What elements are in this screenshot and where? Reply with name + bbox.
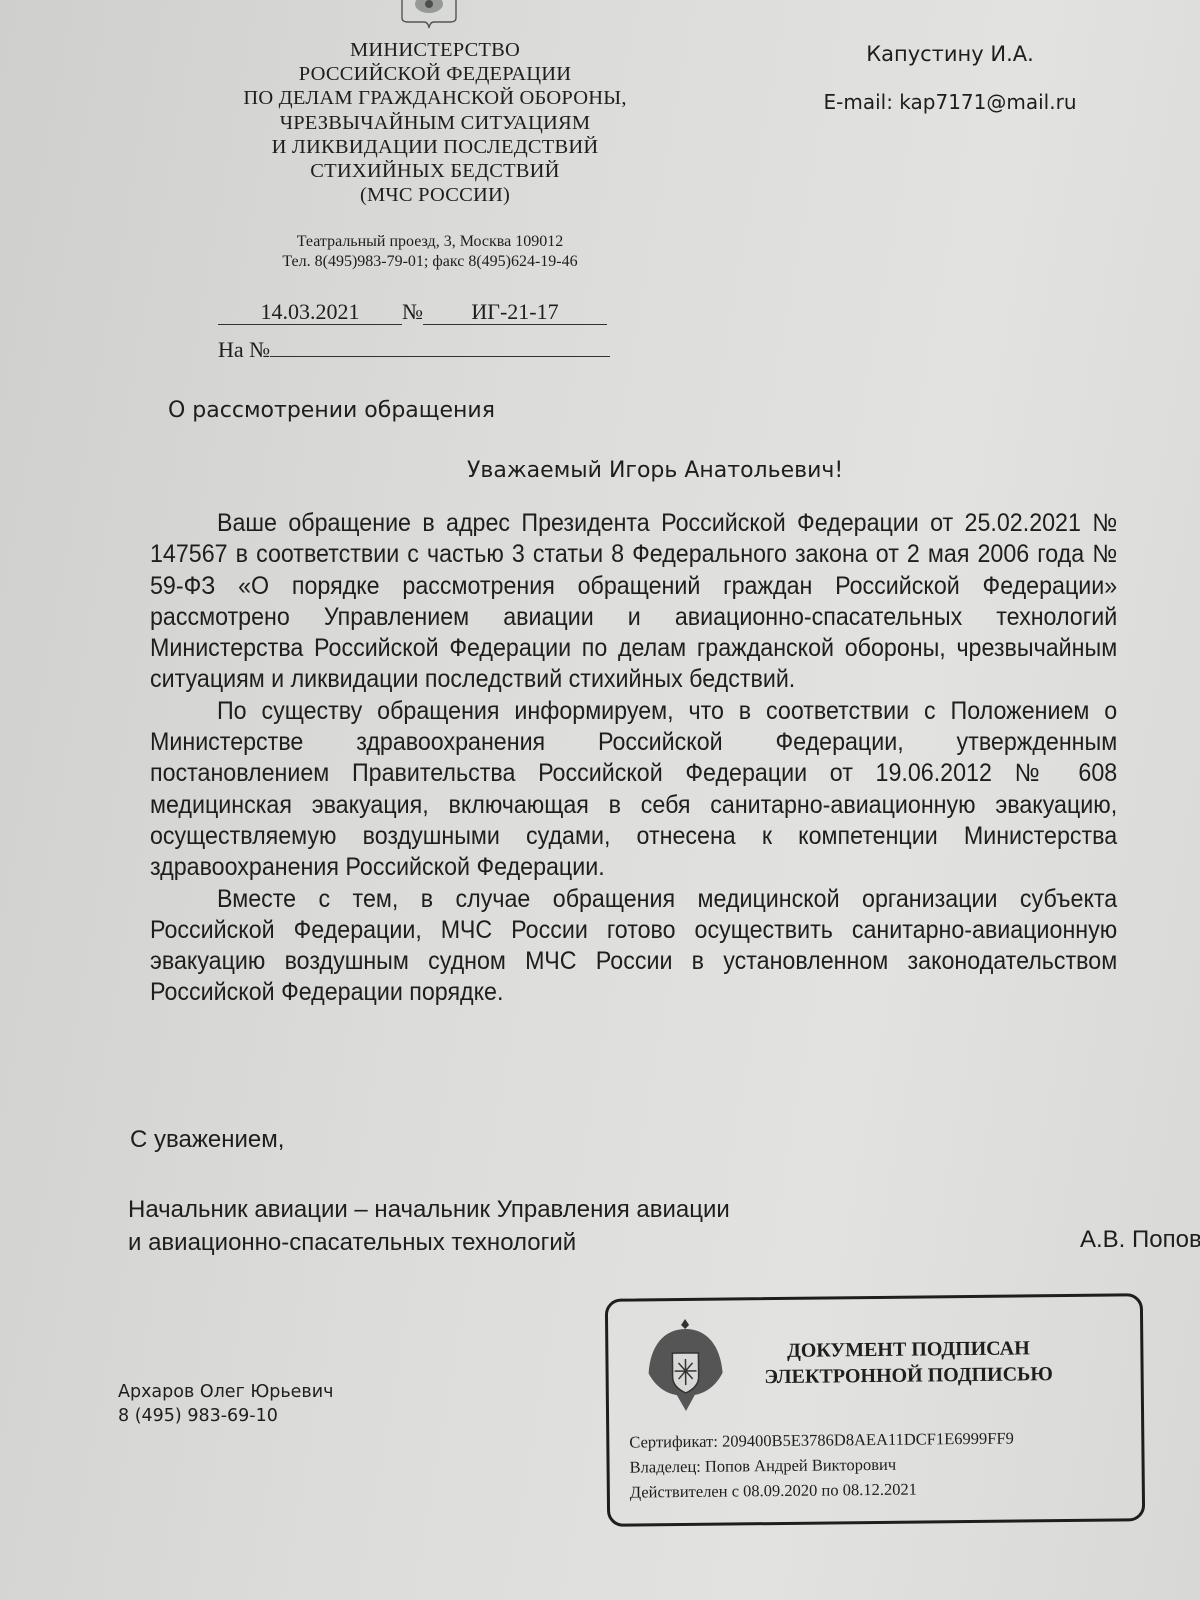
ministry-line: ПО ДЕЛАМ ГРАЖДАНСКОЙ ОБОРОНЫ, [205, 86, 665, 110]
reply-to-value [270, 331, 610, 357]
ministry-name: МИНИСТЕРСТВО РОССИЙСКОЙ ФЕДЕРАЦИИ ПО ДЕЛ… [205, 38, 665, 207]
executor-name: Архаров Олег Юрьевич [118, 1380, 333, 1404]
position-line: Начальник авиации – начальник Управления… [128, 1193, 730, 1226]
reply-to-line: На № [218, 331, 610, 363]
letter-number: ИГ-21-17 [423, 299, 607, 325]
executor-phone: 8 (495) 983-69-10 [118, 1404, 333, 1428]
letter-body: Ваше обращение в адрес Президента Россий… [150, 508, 1117, 1009]
recipient-email: E-mail: kap7171@mail.ru [800, 90, 1100, 114]
address-line: Театральный проезд, 3, Москва 109012 [220, 232, 640, 252]
letter-subject: О рассмотрении обращения [168, 398, 495, 423]
executor-block: Архаров Олег Юрьевич 8 (495) 983-69-10 [118, 1380, 333, 1428]
ministry-line: ЧРЕЗВЫЧАЙНЫМ СИТУАЦИЯМ [205, 111, 665, 135]
ministry-line: МИНИСТЕРСТВО [205, 38, 665, 62]
signature-title: ДОКУМЕНТ ПОДПИСАН ЭЛЕКТРОННОЙ ПОДПИСЬЮ [738, 1335, 1079, 1391]
electronic-signature-stamp: ДОКУМЕНТ ПОДПИСАН ЭЛЕКТРОННОЙ ПОДПИСЬЮ С… [605, 1293, 1145, 1527]
signature-title-line: ЭЛЕКТРОННОЙ ПОДПИСЬЮ [739, 1361, 1079, 1391]
position-line: и авиационно-спасательных технологий [128, 1226, 730, 1259]
signer-position: Начальник авиации – начальник Управления… [128, 1193, 730, 1259]
reply-to-label: На № [218, 337, 270, 362]
ministry-address: Театральный проезд, 3, Москва 109012 Тел… [220, 232, 640, 272]
registration-line: 14.03.2021№ИГ-21-17 [218, 299, 607, 325]
coat-of-arms-icon [398, 0, 460, 30]
certificate-details: Сертификат: 209400B5E3786D8AEA11DCF1E699… [629, 1426, 1014, 1505]
certificate-id: Сертификат: 209400B5E3786D8AEA11DCF1E699… [629, 1426, 1014, 1455]
recipient-name: Капустину И.А. [800, 42, 1100, 66]
greeting: Уважаемый Игорь Анатольевич! [467, 458, 843, 483]
certificate-validity: Действителен с 08.09.2020 по 08.12.2021 [630, 1476, 1015, 1505]
body-paragraph: Вместе с тем, в случае обращения медицин… [150, 884, 1117, 1009]
ministry-line: И ЛИКВИДАЦИИ ПОСЛЕДСТВИЙ [205, 135, 665, 159]
phone-line: Тел. 8(495)983-79-01; факс 8(495)624-19-… [220, 252, 640, 272]
body-paragraph: Ваше обращение в адрес Президента Россий… [150, 508, 1117, 696]
emercom-eagle-icon [644, 1315, 727, 1414]
ministry-line: (МЧС РОССИИ) [205, 183, 665, 207]
body-paragraph: По существу обращения информируем, что в… [150, 696, 1117, 884]
letter-date: 14.03.2021 [218, 299, 402, 325]
number-label: № [402, 299, 423, 324]
signature-title-line: ДОКУМЕНТ ПОДПИСАН [738, 1335, 1078, 1365]
ministry-line: СТИХИЙНЫХ БЕДСТВИЙ [205, 159, 665, 183]
letter-page: МИНИСТЕРСТВО РОССИЙСКОЙ ФЕДЕРАЦИИ ПО ДЕЛ… [0, 0, 1200, 1600]
ministry-line: РОССИЙСКОЙ ФЕДЕРАЦИИ [205, 62, 665, 86]
signer-name: А.В. Попов [1080, 1226, 1200, 1254]
recipient-block: Капустину И.А. E-mail: kap7171@mail.ru [800, 42, 1100, 114]
closing: С уважением, [130, 1126, 284, 1154]
